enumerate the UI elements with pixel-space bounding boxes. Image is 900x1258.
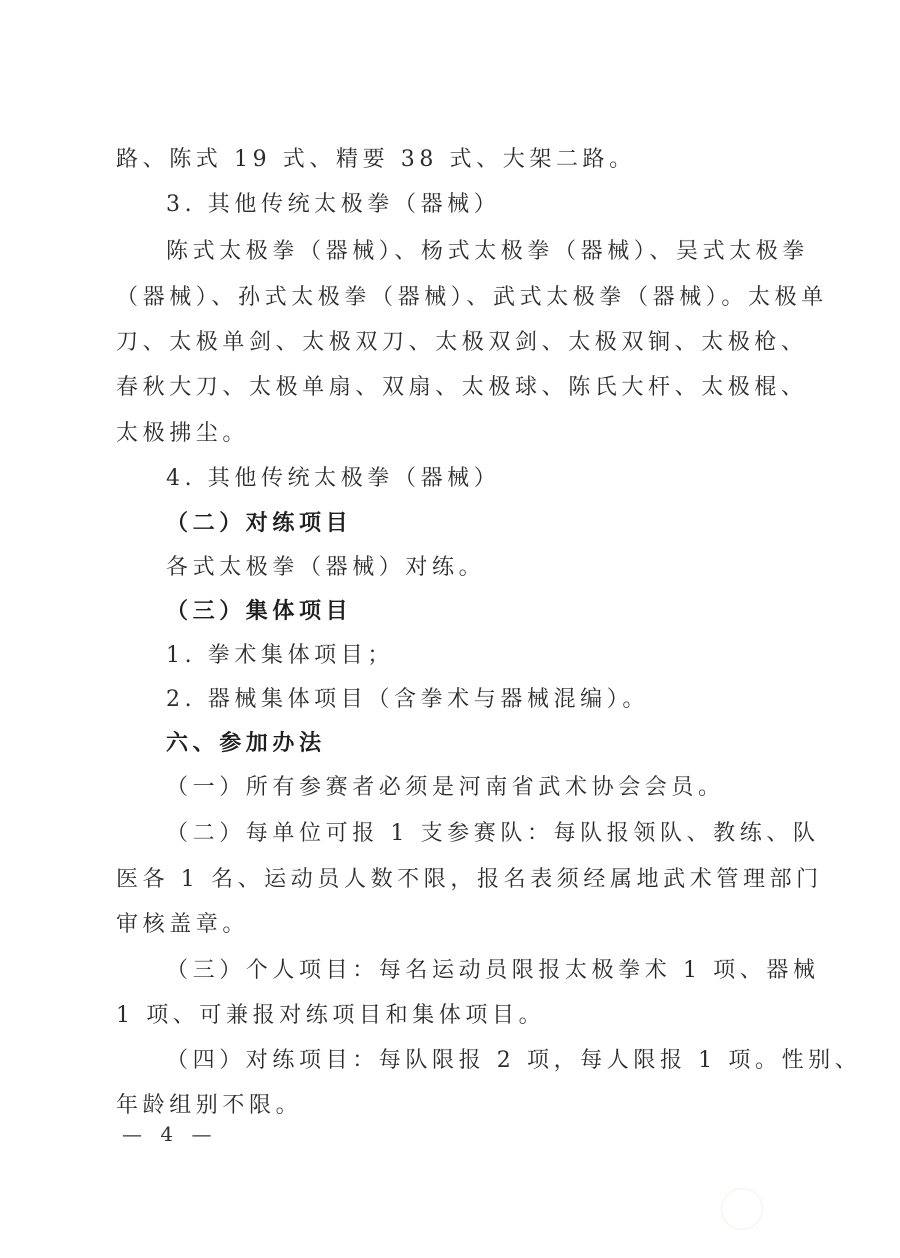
item-3-body-line-2: （器械）、孙式太极拳（器械）、武式太极拳（器械）。太极单	[116, 283, 828, 313]
section-group-heading: （三）集体项目	[166, 597, 352, 627]
item-3-body-line-1: 陈式太极拳（器械）、杨式太极拳（器械）、吴式太极拳	[166, 237, 809, 267]
item-4-heading: 4. 其他传统太极拳（器械）	[166, 464, 500, 494]
participation-rule-3-line-2: 1 项、可兼报对练项目和集体项目。	[116, 1001, 545, 1031]
item-3-body-line-4: 春秋大刀、太极单扇、双扇、太极球、陈氏大杆、太极棍、	[116, 373, 808, 403]
participation-rule-4-line-1: （四）对练项目：每队限报 2 项，每人限报 1 项。性别、	[166, 1046, 861, 1076]
item-3-body-line-3: 刀、太极单剑、太极双刀、太极双剑、太极双锏、太极枪、	[116, 328, 808, 358]
watermark-seal-icon	[721, 1188, 763, 1230]
section-participation-heading: 六、参加办法	[166, 729, 326, 759]
participation-rule-2-line-3: 审核盖章。	[116, 910, 249, 940]
participation-rule-2-line-1: （二）每单位可报 1 支参赛队：每队报领队、教练、队	[166, 819, 820, 849]
page-number: — 4 —	[122, 1122, 217, 1146]
participation-rule-3-line-1: （三）个人项目：每名运动员限报太极拳术 1 项、器械	[166, 956, 820, 986]
text-line-continuation: 路、陈式 19 式、精要 38 式、大架二路。	[116, 145, 636, 175]
group-item-2: 2. 器械集体项目（含拳术与器械混编）。	[166, 685, 649, 715]
section-duel-body: 各式太极拳（器械）对练。	[166, 553, 485, 583]
participation-rule-2-line-2: 医各 1 名、运动员人数不限，报名表须经属地武术管理部门	[116, 865, 823, 895]
item-3-heading: 3. 其他传统太极拳（器械）	[166, 190, 500, 220]
group-item-1: 1. 拳术集体项目；	[166, 641, 394, 671]
participation-rule-4-line-2: 年龄组别不限。	[116, 1091, 302, 1121]
section-duel-heading: （二）对练项目	[166, 509, 352, 539]
item-3-body-line-5: 太极拂尘。	[116, 419, 249, 449]
participation-rule-1: （一）所有参赛者必须是河南省武术协会会员。	[166, 773, 725, 803]
